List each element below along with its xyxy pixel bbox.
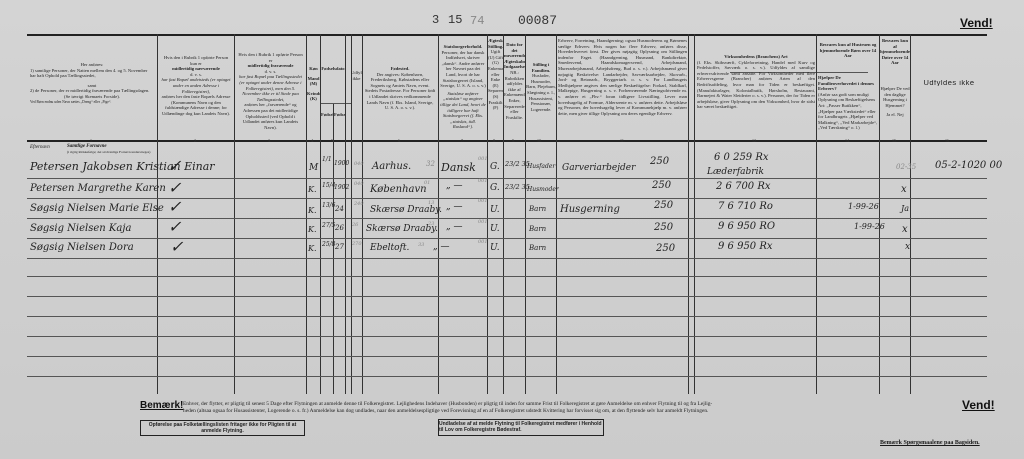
col7-header: Statsborgerforhold. Personer, der har da… bbox=[440, 44, 486, 130]
col12-text: (f. Eks. Skibsværft, Cykleforretning, Ha… bbox=[697, 60, 815, 110]
notice-line-2: heden (altsaa ogsaa for Husassistenter, … bbox=[183, 408, 708, 415]
industry-code: 9 6 950 RO bbox=[718, 221, 775, 232]
col-number: 14. bbox=[845, 138, 850, 143]
birth-year: 1902 bbox=[334, 184, 349, 191]
col4-female: Kvinde (K) bbox=[307, 91, 320, 102]
present-checkmark: ✓ bbox=[168, 178, 181, 197]
sex: K. bbox=[308, 225, 317, 234]
birth-day: 25/8 bbox=[322, 241, 335, 248]
col8-header: Ægteskabelig Stilling. Ugift (U) Gift (G… bbox=[488, 38, 503, 111]
marital-status: U. bbox=[490, 243, 500, 253]
occupation-code: 250 bbox=[654, 222, 673, 233]
row-separator bbox=[27, 296, 987, 297]
occupation: Husgerning bbox=[560, 204, 620, 215]
birth-year: 1900 bbox=[334, 160, 349, 167]
birth-day: 1/1 bbox=[322, 156, 332, 163]
present-checkmark: ✓ bbox=[170, 237, 183, 256]
col15-value: x bbox=[905, 242, 910, 252]
col2-header: Hvis den i Rubrik 1 opførte Person kun e… bbox=[160, 55, 232, 117]
col9-text: NB.: Rubrikken udfyldes ikke af Enkemænd… bbox=[504, 70, 525, 120]
family-role: Husfader bbox=[527, 163, 555, 170]
col-divider bbox=[320, 34, 321, 394]
person-name: Petersen Jakobsen Kristian Einar bbox=[30, 160, 215, 173]
surname-label: Efternavn bbox=[30, 145, 50, 150]
col-number: 6. bbox=[398, 138, 401, 143]
stamp-number-2: 15 bbox=[448, 13, 462, 27]
occupation-code: 250 bbox=[656, 243, 675, 254]
citizenship: „ — bbox=[446, 222, 463, 232]
col3-header: Hvis den i Rubrik 1 opførte Person er mi… bbox=[237, 52, 304, 130]
row-separator bbox=[27, 376, 987, 377]
col5-year: Fødselsaar bbox=[334, 112, 345, 118]
col-number: 1. bbox=[90, 138, 93, 143]
citizenship-code: 001 bbox=[478, 178, 488, 184]
industry-code: 7 6 710 Ro bbox=[718, 201, 773, 212]
marital-status: U. bbox=[490, 224, 500, 234]
row-separator bbox=[27, 336, 987, 337]
col-divider bbox=[351, 34, 352, 394]
col6-text: Der angives: København, Frederiksberg, K… bbox=[364, 72, 436, 111]
citizenship: Dansk bbox=[441, 161, 476, 174]
col14-value: 02-35 bbox=[896, 163, 916, 171]
turn-page-label-bottom: Vend! bbox=[962, 398, 995, 412]
present-checkmark: ✓ bbox=[168, 156, 181, 175]
citizenship: „ — bbox=[433, 242, 450, 252]
col-number: 10. bbox=[537, 138, 542, 143]
row-separator bbox=[27, 356, 987, 357]
row-separator bbox=[27, 258, 987, 259]
turn-page-label-top: Vend! bbox=[960, 16, 993, 30]
family-role: Barn bbox=[529, 244, 546, 252]
see-back-note: Bemærk Spørgsmaalene paa Bagsiden. bbox=[880, 440, 980, 446]
col-divider bbox=[556, 34, 557, 394]
industry-code: 9 6 950 Rx bbox=[718, 241, 773, 252]
notice-label: Bemærk! bbox=[140, 400, 183, 411]
col5-day: Fødselsdag bbox=[321, 112, 333, 118]
industry-code: 2 6 700 Rx bbox=[716, 181, 771, 192]
marital-status: G. bbox=[490, 183, 500, 193]
col4-header: Køn Mand (M) Kvinde (K) bbox=[307, 66, 320, 102]
col15-value: x bbox=[902, 224, 908, 235]
birthplace: Ebeltoft. bbox=[370, 243, 409, 253]
marital-status: G. bbox=[490, 162, 500, 172]
birthplace-code: 040 bbox=[354, 181, 364, 187]
col5x-header: Udfyldes ikke bbox=[351, 70, 362, 81]
row-separator bbox=[27, 316, 987, 317]
sex: K. bbox=[308, 244, 317, 253]
col11-header: Erhverv, Forretning, Haandgerning; ogsaa… bbox=[558, 38, 687, 116]
occupation-code: 250 bbox=[654, 200, 673, 211]
occupation-code: 250 bbox=[650, 156, 669, 167]
notice-line-1: Enhver, der flytter, er pligtig til sene… bbox=[183, 401, 712, 408]
col2-text1: Hvis den i Rubrik 1 opførte Person kun e… bbox=[160, 55, 232, 66]
family-role: Husmoder bbox=[527, 186, 559, 193]
stamp-number-3: 74 bbox=[470, 14, 484, 28]
col7-title: Statsborgerforhold. bbox=[440, 44, 486, 50]
header-bottom-border bbox=[27, 140, 987, 142]
col-divider bbox=[816, 34, 817, 394]
col-number: 3. bbox=[268, 138, 271, 143]
col-number: 2. bbox=[194, 138, 197, 143]
industry: Læderfabrik bbox=[707, 167, 764, 177]
birth-day: 13/6 bbox=[322, 202, 335, 209]
col10-title: Stilling i Familien. bbox=[526, 62, 556, 73]
birthplace-code-b: 33 bbox=[418, 242, 424, 248]
col-divider bbox=[157, 34, 158, 394]
col8-text: Ugift (U) Gift (G) Enkemand eller Enke (… bbox=[488, 49, 503, 111]
col3-text2: har fast Bopæl paa Tællingsstedet (er op… bbox=[237, 74, 304, 102]
col16-value: 05-2-1020 00 bbox=[935, 160, 1002, 171]
col15-answer-options: Ja el. Nej bbox=[880, 112, 910, 118]
col-divider bbox=[688, 34, 689, 394]
notice-box-2: Undladelse af at melde Flytning til Folk… bbox=[438, 419, 604, 436]
col10-text: Husfader, Husmoder, Barn, Plejebarn, Slæ… bbox=[526, 73, 556, 112]
col1-header: Her anføres: 1) samtlige Personer, der N… bbox=[30, 62, 154, 105]
col-number: 15. bbox=[892, 138, 897, 143]
col-number: 9. bbox=[512, 138, 515, 143]
col14-top: Besvares kun af Hustruen og hjemmeboende… bbox=[818, 42, 878, 59]
family-role: Barn bbox=[529, 225, 546, 233]
citizenship: „ — bbox=[446, 202, 463, 212]
col-number: 16. bbox=[945, 138, 950, 143]
birthdate-subdivider bbox=[320, 103, 352, 104]
col15-value: Ja bbox=[901, 204, 909, 213]
document-serial-number: 00087 bbox=[518, 13, 557, 28]
sex: K. bbox=[308, 206, 317, 215]
col2-text2: har fast Bopæl andetsteds (er optaget un… bbox=[160, 77, 232, 94]
given-names-note: (i rigtig Rækkefølge; det sædvanlige For… bbox=[67, 150, 150, 154]
col15-top: Besvares kun af hjemmeboende Døtre over … bbox=[880, 38, 910, 66]
col-number: 12. bbox=[752, 138, 757, 143]
col-divider bbox=[694, 34, 695, 394]
col14-header: Hjælper De Familieoverhovedet i dennes E… bbox=[818, 75, 878, 131]
birth-year: 24 bbox=[335, 205, 344, 213]
col6-header: Fødested. Der angives: København, Freder… bbox=[364, 66, 436, 111]
col5-header: Fødselsdato bbox=[321, 66, 345, 72]
person-name: Søgsig Nielsen Kaja bbox=[30, 223, 131, 234]
col14-question: Hjælper De Familieoverhovedet i dennes E… bbox=[818, 75, 878, 92]
sex: K. bbox=[308, 185, 317, 194]
col15-value: x bbox=[901, 184, 907, 195]
col2-text3: anføres her den faste Bopæls Adresse (Ko… bbox=[160, 94, 232, 116]
occupation-code: 250 bbox=[652, 180, 671, 191]
col15-header: Hjælper De ved den daglige Husgerning i … bbox=[880, 86, 910, 118]
birthplace-code: 26 bbox=[352, 222, 358, 228]
birthplace: København bbox=[370, 184, 427, 195]
col9-header: Dato for det nuværende Ægteskabs Indgaae… bbox=[504, 42, 525, 120]
col15-question: Hjælper De ved den daglige Husgerning i … bbox=[880, 86, 910, 108]
birth-year: 27 bbox=[335, 243, 344, 251]
col1-item1: 1) samtlige Personer, der Natten mellem … bbox=[30, 68, 154, 79]
birthplace-code-b: 32 bbox=[426, 160, 435, 168]
citizenship: „ — bbox=[446, 181, 463, 191]
present-checkmark: ✓ bbox=[168, 197, 181, 216]
col16-header: Udfyldes ikke bbox=[911, 80, 987, 86]
col-number: 8. bbox=[493, 138, 496, 143]
marital-status: U. bbox=[490, 205, 500, 215]
given-names-label: Samtlige Fornavne bbox=[67, 144, 107, 149]
col-divider bbox=[234, 34, 235, 394]
col3-text1: Hvis den i Rubrik 1 opførte Person er bbox=[237, 52, 304, 63]
birthplace-code: 040 bbox=[354, 161, 364, 167]
census-form-page: 3 15 74 00087 Vend! Her anføres: 1) samt… bbox=[0, 0, 1024, 459]
birthplace-code: 270 bbox=[352, 241, 362, 247]
col14-value: 1-99-26 bbox=[854, 222, 885, 231]
notice-box-1: Opførelse paa Folketællingslisten fritag… bbox=[140, 420, 305, 436]
col-number: 5. bbox=[331, 138, 334, 143]
col3-text3: anføres her „fraværende“ og Adressen paa… bbox=[237, 102, 304, 130]
citizenship-code: 001 bbox=[478, 239, 488, 245]
col-number: 7. bbox=[461, 138, 464, 143]
birthplace-code-b: 01 bbox=[424, 180, 430, 186]
birthplace-code-b: 23 bbox=[428, 221, 434, 227]
present-checkmark: ✓ bbox=[168, 217, 181, 236]
col-number: 11. bbox=[620, 138, 625, 143]
birth-year: 26 bbox=[335, 224, 344, 232]
col14-text: (Anfør saa godt som muligt Oplysning om … bbox=[818, 92, 878, 131]
citizenship-code: 001 bbox=[478, 219, 488, 225]
col-divider bbox=[362, 34, 363, 394]
occupation: Garveriarbejder bbox=[562, 163, 635, 173]
industry-code: 6 0 259 Rx bbox=[714, 152, 769, 163]
col9-title: Dato for det nuværende Ægteskabs Indgaae… bbox=[504, 42, 525, 70]
col-divider bbox=[345, 34, 346, 394]
birth-day: 27/5 bbox=[322, 222, 335, 229]
row-separator bbox=[27, 276, 987, 277]
col4-male: Mand (M) bbox=[307, 76, 320, 87]
col-divider bbox=[333, 104, 334, 394]
birthplace: Aarhus. bbox=[372, 161, 411, 172]
table-top-border bbox=[27, 34, 987, 36]
person-name: Søgsig Nielsen Marie Else bbox=[30, 203, 164, 214]
birthplace-code: 240 bbox=[354, 201, 364, 207]
col-number: 4. bbox=[311, 138, 314, 143]
person-name: Søgsig Nielsen Dora bbox=[30, 242, 134, 253]
col8-title: Ægteskabelig Stilling. bbox=[488, 38, 503, 49]
col7-text2: Statsløse anfører „statsløs“ og angiver … bbox=[440, 91, 486, 130]
sex: M bbox=[309, 163, 318, 173]
birthplace: Skærsø Draaby. bbox=[370, 205, 442, 215]
col4-title: Køn bbox=[307, 66, 320, 72]
col-divider bbox=[910, 34, 911, 394]
family-role: Barn bbox=[529, 205, 546, 213]
col10-header: Stilling i Familien. Husfader, Husmoder,… bbox=[526, 62, 556, 112]
col1-small: Ved Børn endnu uden Navn sættes „Dreng“ … bbox=[30, 100, 154, 106]
birthplace-code-b: 13 bbox=[428, 200, 434, 206]
citizenship-code: 001 bbox=[478, 156, 488, 162]
col12-header: Virksomhedens (Branchens) Art (f. Eks. S… bbox=[697, 54, 815, 110]
col14-value: 1-99-26 bbox=[848, 202, 879, 211]
person-name: Petersen Margrethe Karen bbox=[30, 183, 166, 194]
citizenship-code: 001 bbox=[478, 198, 488, 204]
stamp-number-1: 3 bbox=[432, 13, 439, 27]
col7-text1: Personer, der har dansk Indfødsret, skri… bbox=[440, 50, 486, 89]
